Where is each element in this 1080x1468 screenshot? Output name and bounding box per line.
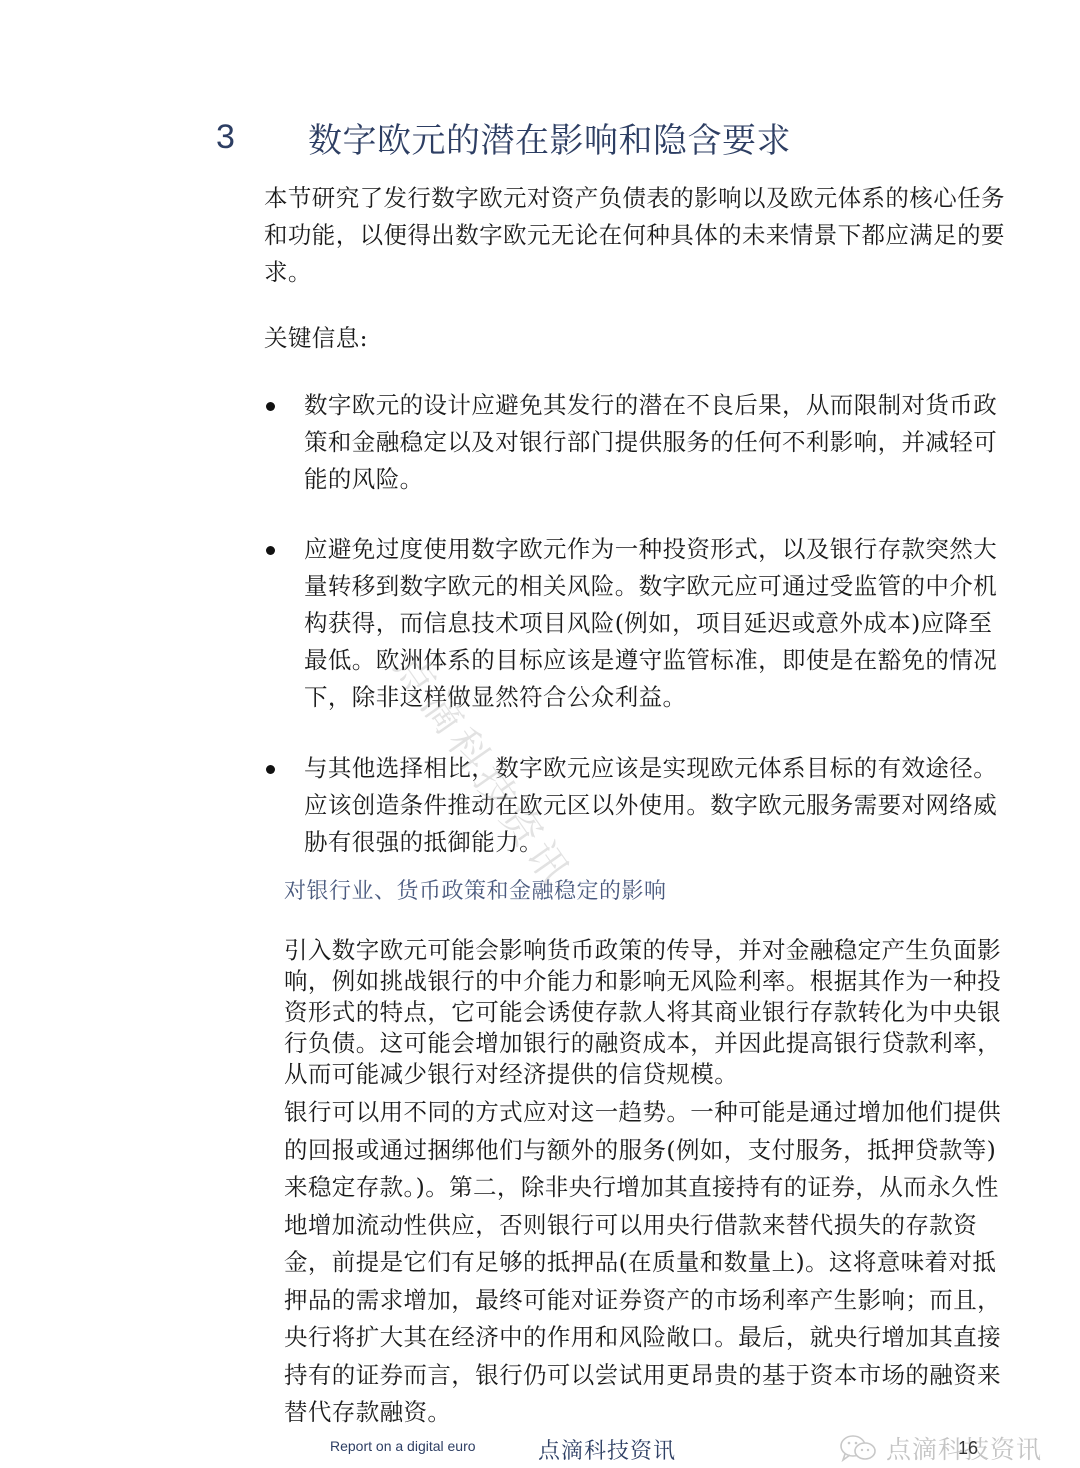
wechat-watermark: 点滴科技资讯: [838, 1430, 1042, 1466]
footer-brand: 点滴科技资讯: [538, 1434, 676, 1465]
footer-report-title: Report on a digital euro: [330, 1438, 476, 1454]
key-message-item: 与其他选择相比，数字欧元应该是实现欧元体系目标的有效途径。应该创造条件推动在欧元…: [264, 750, 1014, 861]
bullet-icon: [264, 750, 304, 861]
page-number: 16: [958, 1438, 978, 1459]
wechat-icon: [838, 1433, 878, 1463]
body-paragraph: 引入数字欧元可能会影响货币政策的传导，并对金融稳定产生负面影响，例如挑战银行的中…: [284, 935, 1019, 1090]
key-message-text: 数字欧元的设计应避免其发行的潜在不良后果，从而限制对货币政策和金融稳定以及对银行…: [304, 387, 1014, 498]
section-heading: 3 数字欧元的潜在影响和隐含要求: [216, 112, 791, 162]
section-number: 3: [216, 118, 308, 157]
section-title: 数字欧元的潜在影响和隐含要求: [308, 113, 791, 162]
key-message-item: 数字欧元的设计应避免其发行的潜在不良后果，从而限制对货币政策和金融稳定以及对银行…: [264, 387, 1014, 498]
intro-paragraph: 本节研究了发行数字欧元对资产负债表的影响以及欧元体系的核心任务和功能，以便得出数…: [264, 180, 1014, 291]
bullet-icon: [264, 531, 304, 716]
bullet-icon: [264, 387, 304, 498]
key-messages-label: 关键信息:: [264, 320, 1014, 357]
key-message-text: 与其他选择相比，数字欧元应该是实现欧元体系目标的有效途径。应该创造条件推动在欧元…: [304, 750, 1014, 861]
body-paragraph: 银行可以用不同的方式应对这一趋势。一种可能是通过增加他们提供的回报或通过捆绑他们…: [284, 1094, 1019, 1432]
key-message-text: 应避免过度使用数字欧元作为一种投资形式，以及银行存款突然大量转移到数字欧元的相关…: [304, 531, 1014, 716]
subsection-heading: 对银行业、货币政策和金融稳定的影响: [284, 874, 667, 905]
key-message-item: 应避免过度使用数字欧元作为一种投资形式，以及银行存款突然大量转移到数字欧元的相关…: [264, 531, 1014, 716]
document-page: 3 数字欧元的潜在影响和隐含要求 本节研究了发行数字欧元对资产负债表的影响以及欧…: [0, 0, 1080, 1468]
